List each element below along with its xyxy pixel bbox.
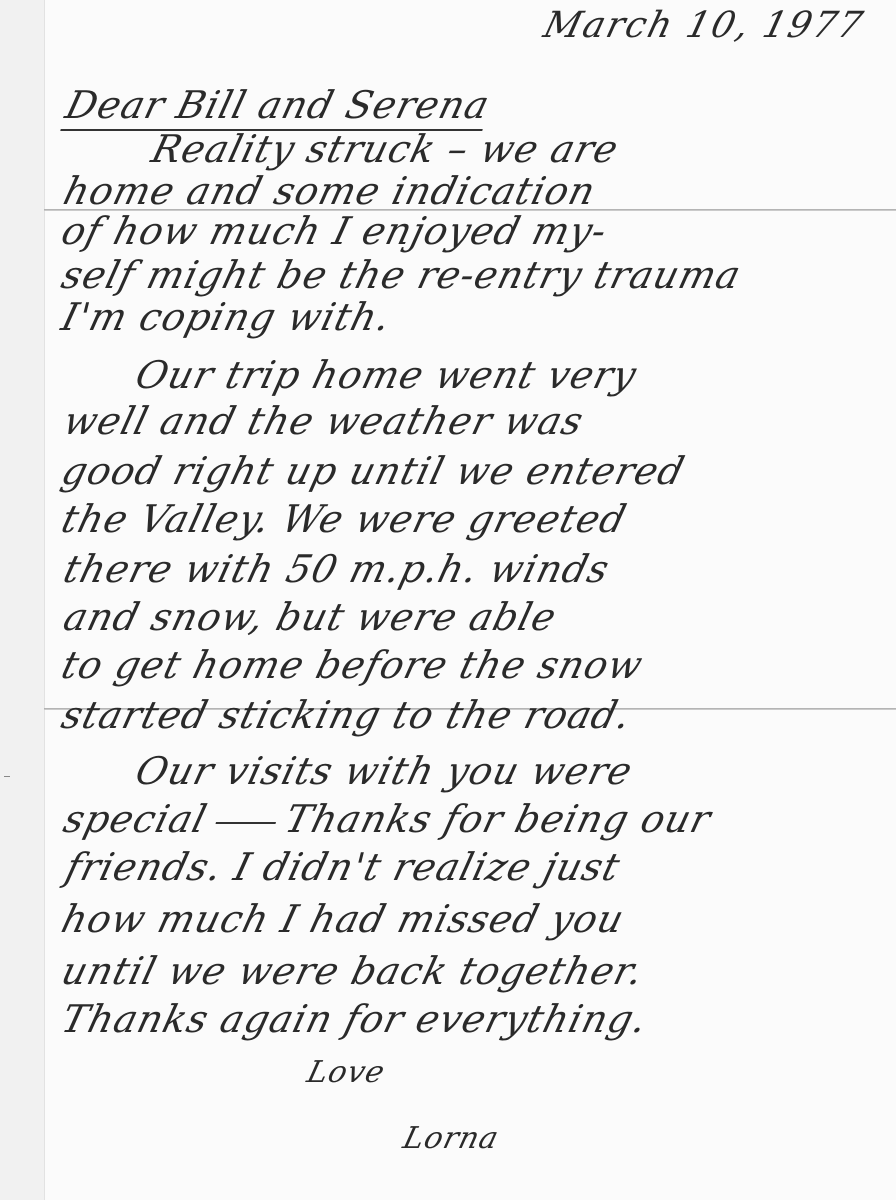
- salutation: Dear Bill and Serena: [62, 86, 494, 124]
- letter-signature: Lorna: [400, 1124, 502, 1154]
- dash-stroke: [215, 822, 275, 824]
- letter-line: started sticking to the road.: [58, 696, 635, 734]
- letter-line: of how much I enjoyed my-: [58, 212, 611, 250]
- letter-line: there with 50 m.p.h. winds: [60, 550, 614, 588]
- letter-line: how much I had missed you: [58, 900, 628, 938]
- letter-line: home and some indication: [60, 172, 600, 210]
- letter-line: good right up until we entered: [58, 452, 689, 490]
- letter-date: March 10, 1977: [540, 8, 868, 44]
- letter-line: Reality struck – we are: [148, 130, 623, 168]
- scan-speck: [4, 776, 10, 777]
- letter-line-part: Thanks for being our: [281, 797, 716, 841]
- letter-closing: Love: [304, 1058, 388, 1088]
- letter-line: Our visits with you were: [132, 752, 637, 790]
- letter-line: well and the weather was: [60, 402, 588, 440]
- salutation-text: Dear Bill and Serena: [60, 83, 494, 131]
- letter-line-part: special: [59, 797, 212, 841]
- letter-line: friends. I didn't realize just: [62, 848, 624, 886]
- letter-line: specialThanks for being our: [60, 800, 715, 838]
- letter-line: the Valley. We were greeted: [58, 500, 631, 538]
- letter-line: and snow, but were able: [60, 598, 561, 636]
- letter-line: self might be the re-entry trauma: [58, 256, 745, 294]
- letter-line: I'm coping with.: [58, 298, 395, 336]
- letter-line: Thanks again for everything.: [58, 1000, 651, 1038]
- letter-line: until we were back together.: [58, 952, 648, 990]
- letter-line: Our trip home went very: [132, 356, 641, 394]
- letter-line: to get home before the snow: [58, 646, 647, 684]
